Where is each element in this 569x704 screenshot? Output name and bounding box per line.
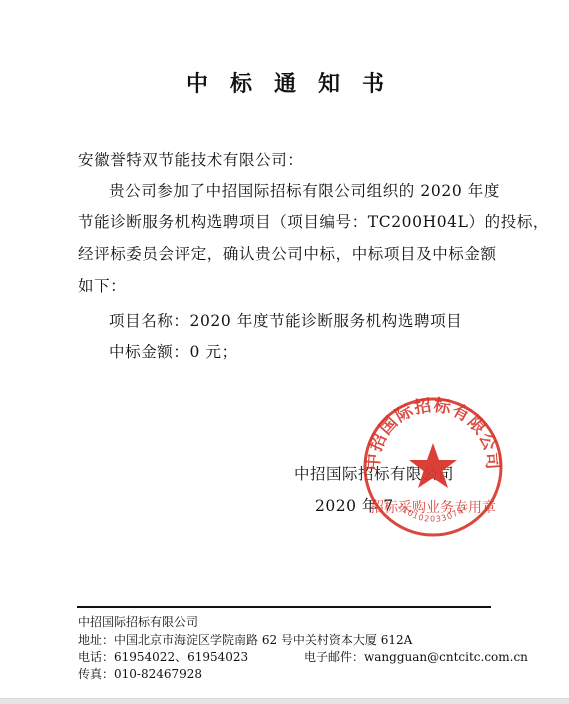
document-title: 中标通知书 xyxy=(150,72,420,98)
footer-phone: 电话：61954022、61954023 xyxy=(78,649,248,665)
signature-company: 中招国际招标有限公司 xyxy=(294,464,454,484)
footer-address: 地址：中国北京市海淀区学院南路 62 号中关村资本大厦 612A xyxy=(78,632,412,648)
body-line-3: 经评标委员会评定，确认贵公司中标，中标项目及中标金额 xyxy=(78,244,497,264)
footer-divider xyxy=(77,606,491,608)
signature-date: 2020 年 7 xyxy=(315,496,394,516)
body-line-4: 如下： xyxy=(78,276,126,296)
body-line-2: 节能诊断服务机构选聘项目（项目编号：TC200H04L）的投标， xyxy=(78,212,549,232)
footer-fax: 传真：010-82467928 xyxy=(78,666,202,682)
bid-amount-line: 中标金额：0 元； xyxy=(109,342,238,362)
viewer-page-gap xyxy=(0,698,569,704)
footer-email: 电子邮件：wangguan@cntcitc.com.cn xyxy=(304,649,528,665)
document-page: 中标通知书 安徽誉特双节能技术有限公司： 贵公司参加了中招国际招标有限公司组织的… xyxy=(0,0,569,698)
recipient-line: 安徽誉特双节能技术有限公司： xyxy=(78,150,303,170)
svg-text:中招国际招标有限公司: 中招国际招标有限公司 xyxy=(363,395,503,471)
svg-text:1101020330782: 1101020330782 xyxy=(396,502,470,524)
footer-company: 中招国际招标有限公司 xyxy=(78,614,198,630)
project-name-line: 项目名称：2020 年度节能诊断服务机构选聘项目 xyxy=(109,311,462,331)
body-line-1: 贵公司参加了中招国际招标有限公司组织的 2020 年度 xyxy=(109,181,500,201)
